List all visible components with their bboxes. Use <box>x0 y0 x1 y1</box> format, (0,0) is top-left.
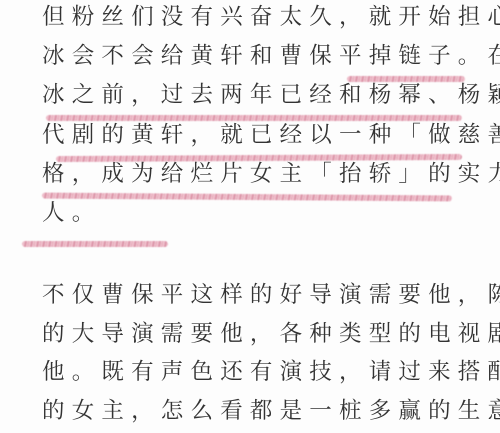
article-page: 但粉丝们没有兴奋太久，就开始担心女主范冰 冰会不会给黄轩和曹保平掉链子。在合作范… <box>0 0 500 433</box>
text-line: 冰会不会给黄轩和曹保平掉链子。在合作范冰 <box>42 37 500 76</box>
text-line: 人。 <box>42 194 101 233</box>
text-line: 的女主，怎么看都是一桩多赢的生意。 <box>42 392 500 431</box>
text-line: 他。既有声色还有演技，请过来搭配负责流量 <box>42 353 500 392</box>
text-line: 不仅曹保平这样的好导演需要他，陈凯歌这样 <box>42 276 500 315</box>
highlight-underline <box>46 115 462 121</box>
highlight-underline <box>347 76 465 82</box>
highlight-underline <box>22 241 168 247</box>
text-line: 但粉丝们没有兴奋太久，就开始担心女主范冰 <box>42 0 500 37</box>
text-line: 代剧的黄轩，就已经以一种「做慈善」的风 <box>42 116 500 155</box>
text-line: 的大导演需要他，各种类型的电视剧都想着 <box>42 315 500 354</box>
